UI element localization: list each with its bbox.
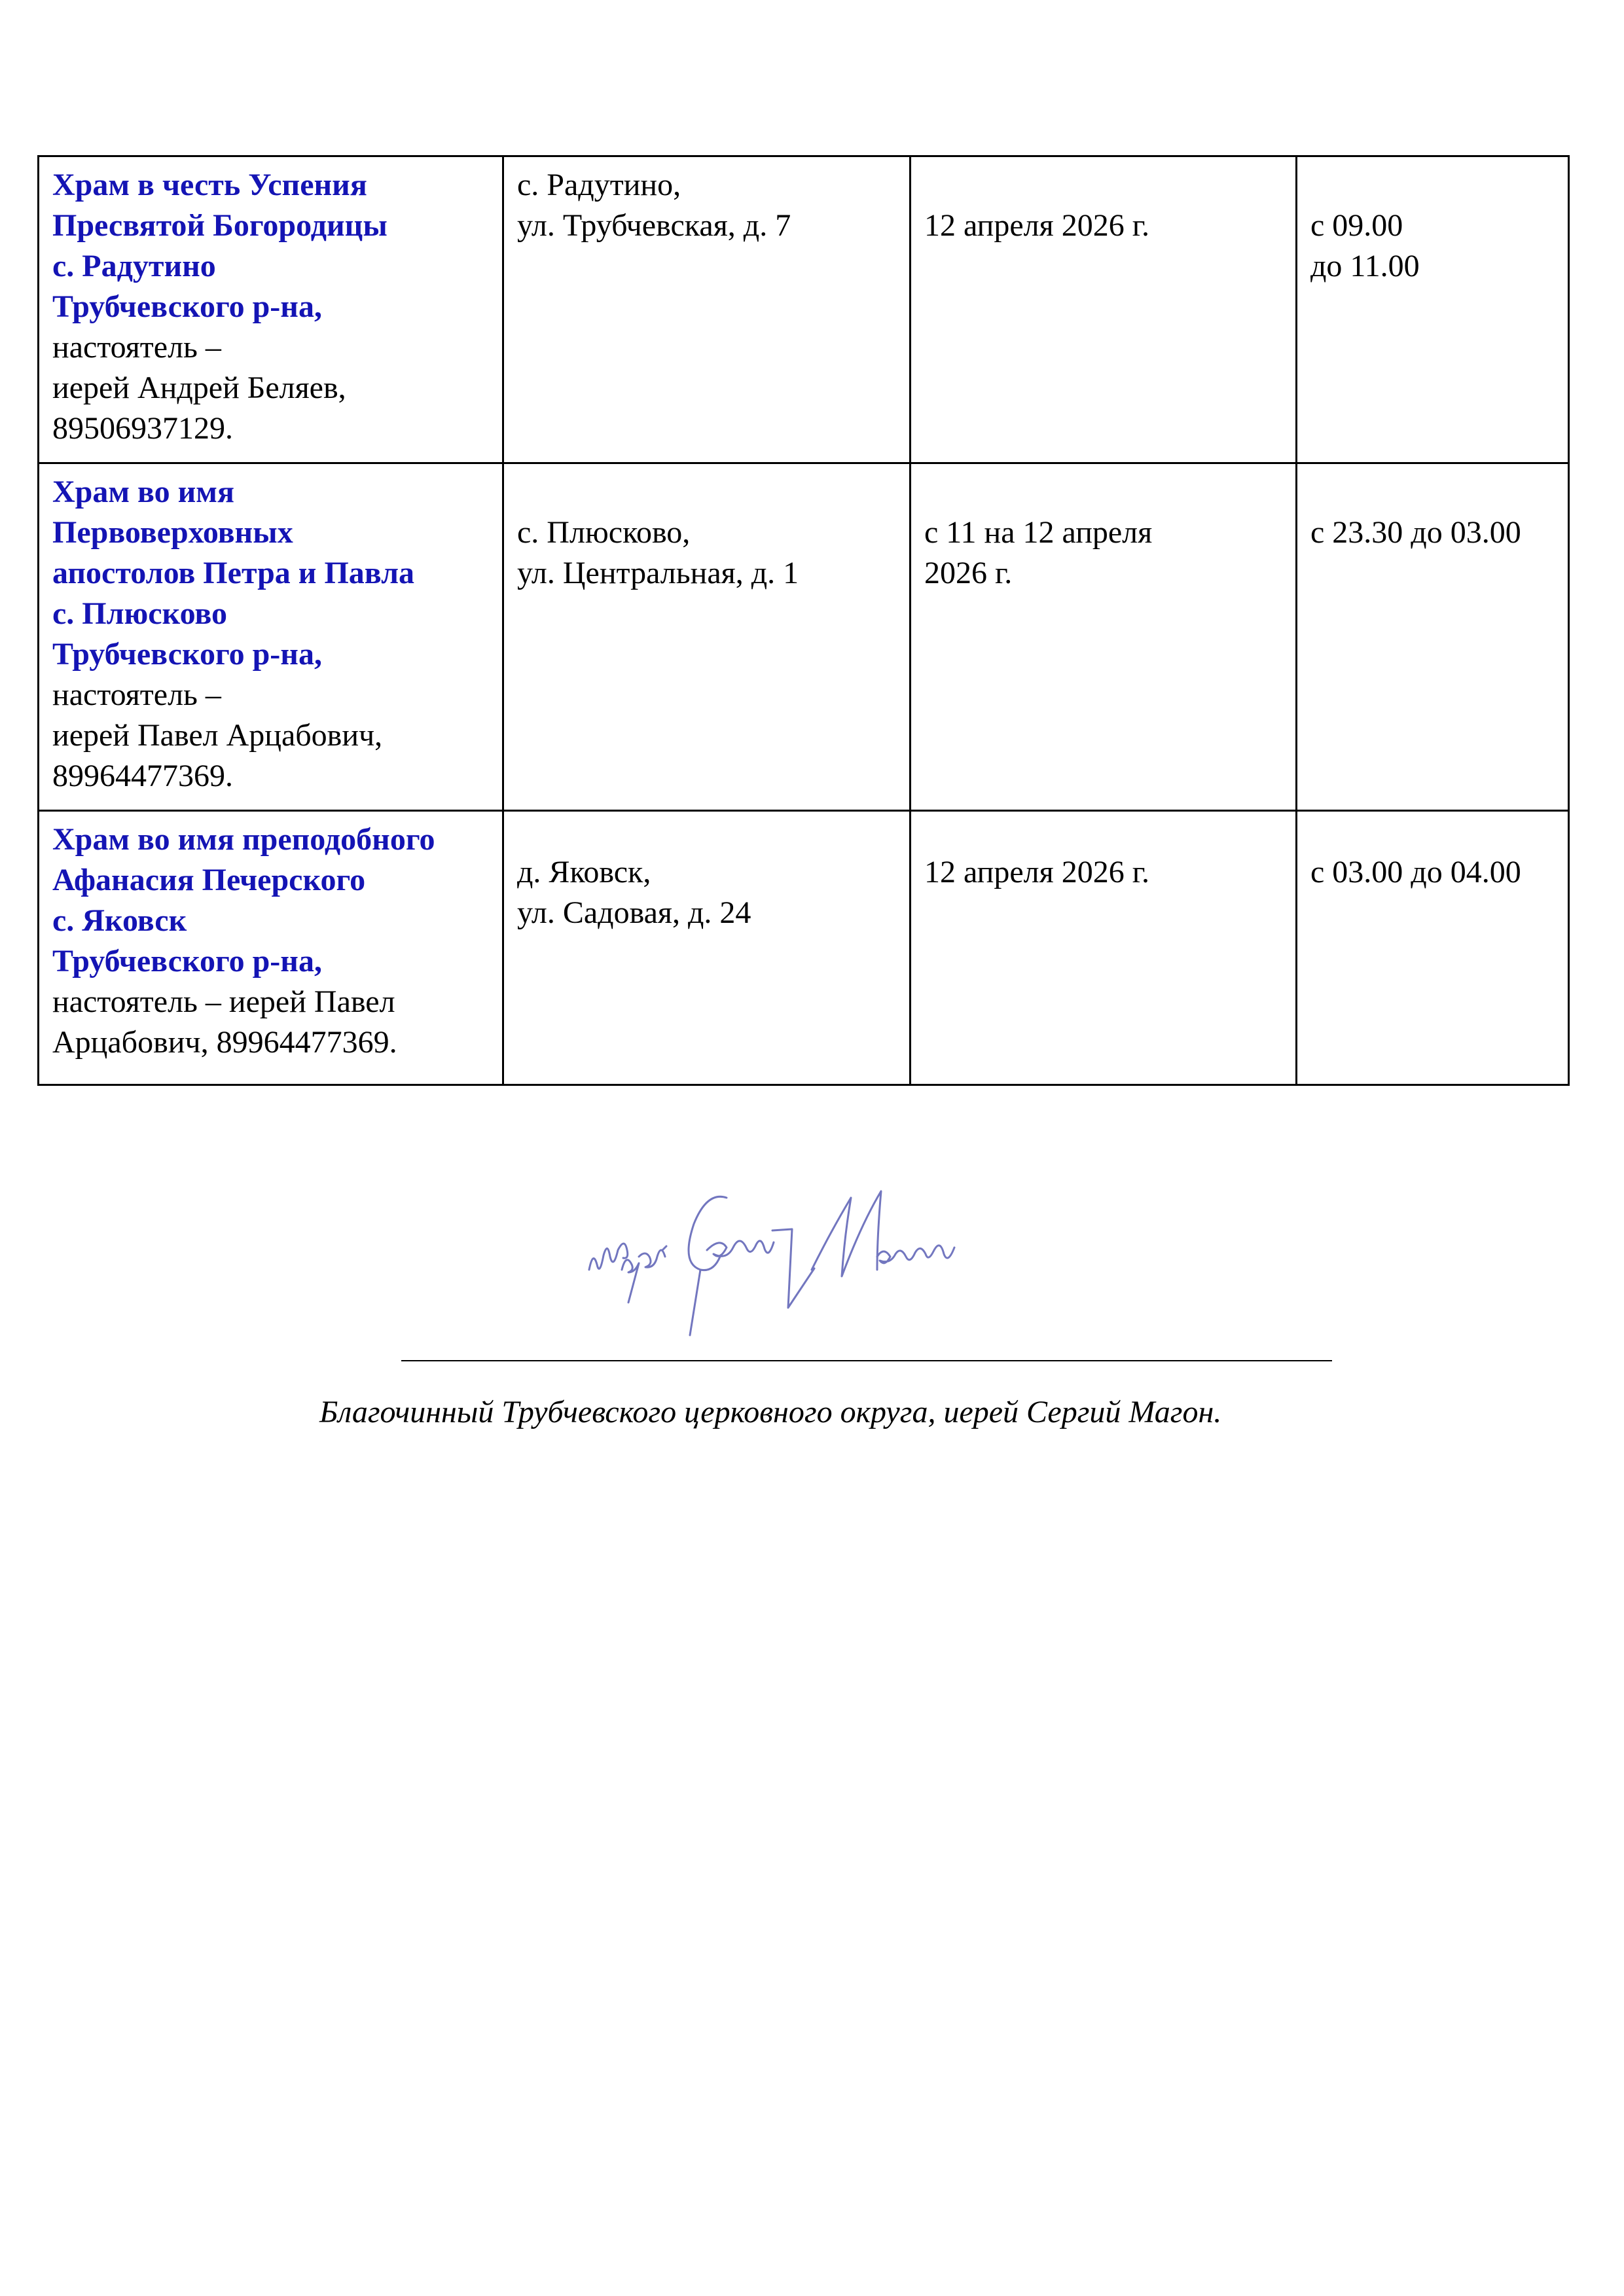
date: 12 апреля 2026 г. bbox=[924, 206, 1282, 246]
church-cell: Храм в честь Успения Пресвятой Богородиц… bbox=[39, 156, 503, 463]
address-cell: с. Плюсково, ул. Центральная, д. 1 bbox=[503, 463, 911, 811]
date-cell: с 11 на 12 апреля 2026 г. bbox=[911, 463, 1297, 811]
church-cell: Храм во имя преподобного Афанасия Печерс… bbox=[39, 811, 503, 1085]
address: с. Радутино, ул. Трубчевская, д. 7 bbox=[517, 165, 896, 246]
address-cell: с. Радутино, ул. Трубчевская, д. 7 bbox=[503, 156, 911, 463]
date-cell: 12 апреля 2026 г. bbox=[911, 156, 1297, 463]
schedule-table: Храм в честь Успения Пресвятой Богородиц… bbox=[37, 155, 1570, 1086]
handwritten-signature bbox=[511, 1158, 1263, 1342]
table-row: Храм во имя Первоверховных апостолов Пет… bbox=[39, 463, 1569, 811]
date-cell: 12 апреля 2026 г. bbox=[911, 811, 1297, 1085]
address-cell: д. Яковск, ул. Садовая, д. 24 bbox=[503, 811, 911, 1085]
time: с 09.00 до 11.00 bbox=[1310, 206, 1555, 287]
time: с 23.30 до 03.00 bbox=[1310, 512, 1555, 553]
address: д. Яковск, ул. Садовая, д. 24 bbox=[517, 852, 896, 933]
signature-line bbox=[401, 1360, 1332, 1361]
church-cell: Храм во имя Первоверховных апостолов Пет… bbox=[39, 463, 503, 811]
church-name: Храм в честь Успения Пресвятой Богородиц… bbox=[52, 165, 489, 327]
time-cell: с 23.30 до 03.00 bbox=[1297, 463, 1569, 811]
table-row: Храм во имя преподобного Афанасия Печерс… bbox=[39, 811, 1569, 1085]
time-cell: с 03.00 до 04.00 bbox=[1297, 811, 1569, 1085]
table-row: Храм в честь Успения Пресвятой Богородиц… bbox=[39, 156, 1569, 463]
time-cell: с 09.00 до 11.00 bbox=[1297, 156, 1569, 463]
time: с 03.00 до 04.00 bbox=[1310, 852, 1555, 893]
address: с. Плюсково, ул. Центральная, д. 1 bbox=[517, 512, 896, 594]
date: с 11 на 12 апреля 2026 г. bbox=[924, 512, 1282, 594]
signatory-caption: Благочинный Трубчевского церковного окру… bbox=[319, 1394, 1221, 1430]
rector-info: настоятель – иерей Павел Арцабович, 8996… bbox=[52, 982, 489, 1063]
church-name: Храм во имя преподобного Афанасия Печерс… bbox=[52, 819, 489, 982]
rector-info: настоятель – иерей Павел Арцабович, 8996… bbox=[52, 675, 489, 797]
signature-icon bbox=[511, 1158, 1263, 1342]
rector-info: настоятель – иерей Андрей Беляев, 895069… bbox=[52, 327, 489, 449]
church-name: Храм во имя Первоверховных апостолов Пет… bbox=[52, 472, 489, 675]
date: 12 апреля 2026 г. bbox=[924, 852, 1282, 893]
